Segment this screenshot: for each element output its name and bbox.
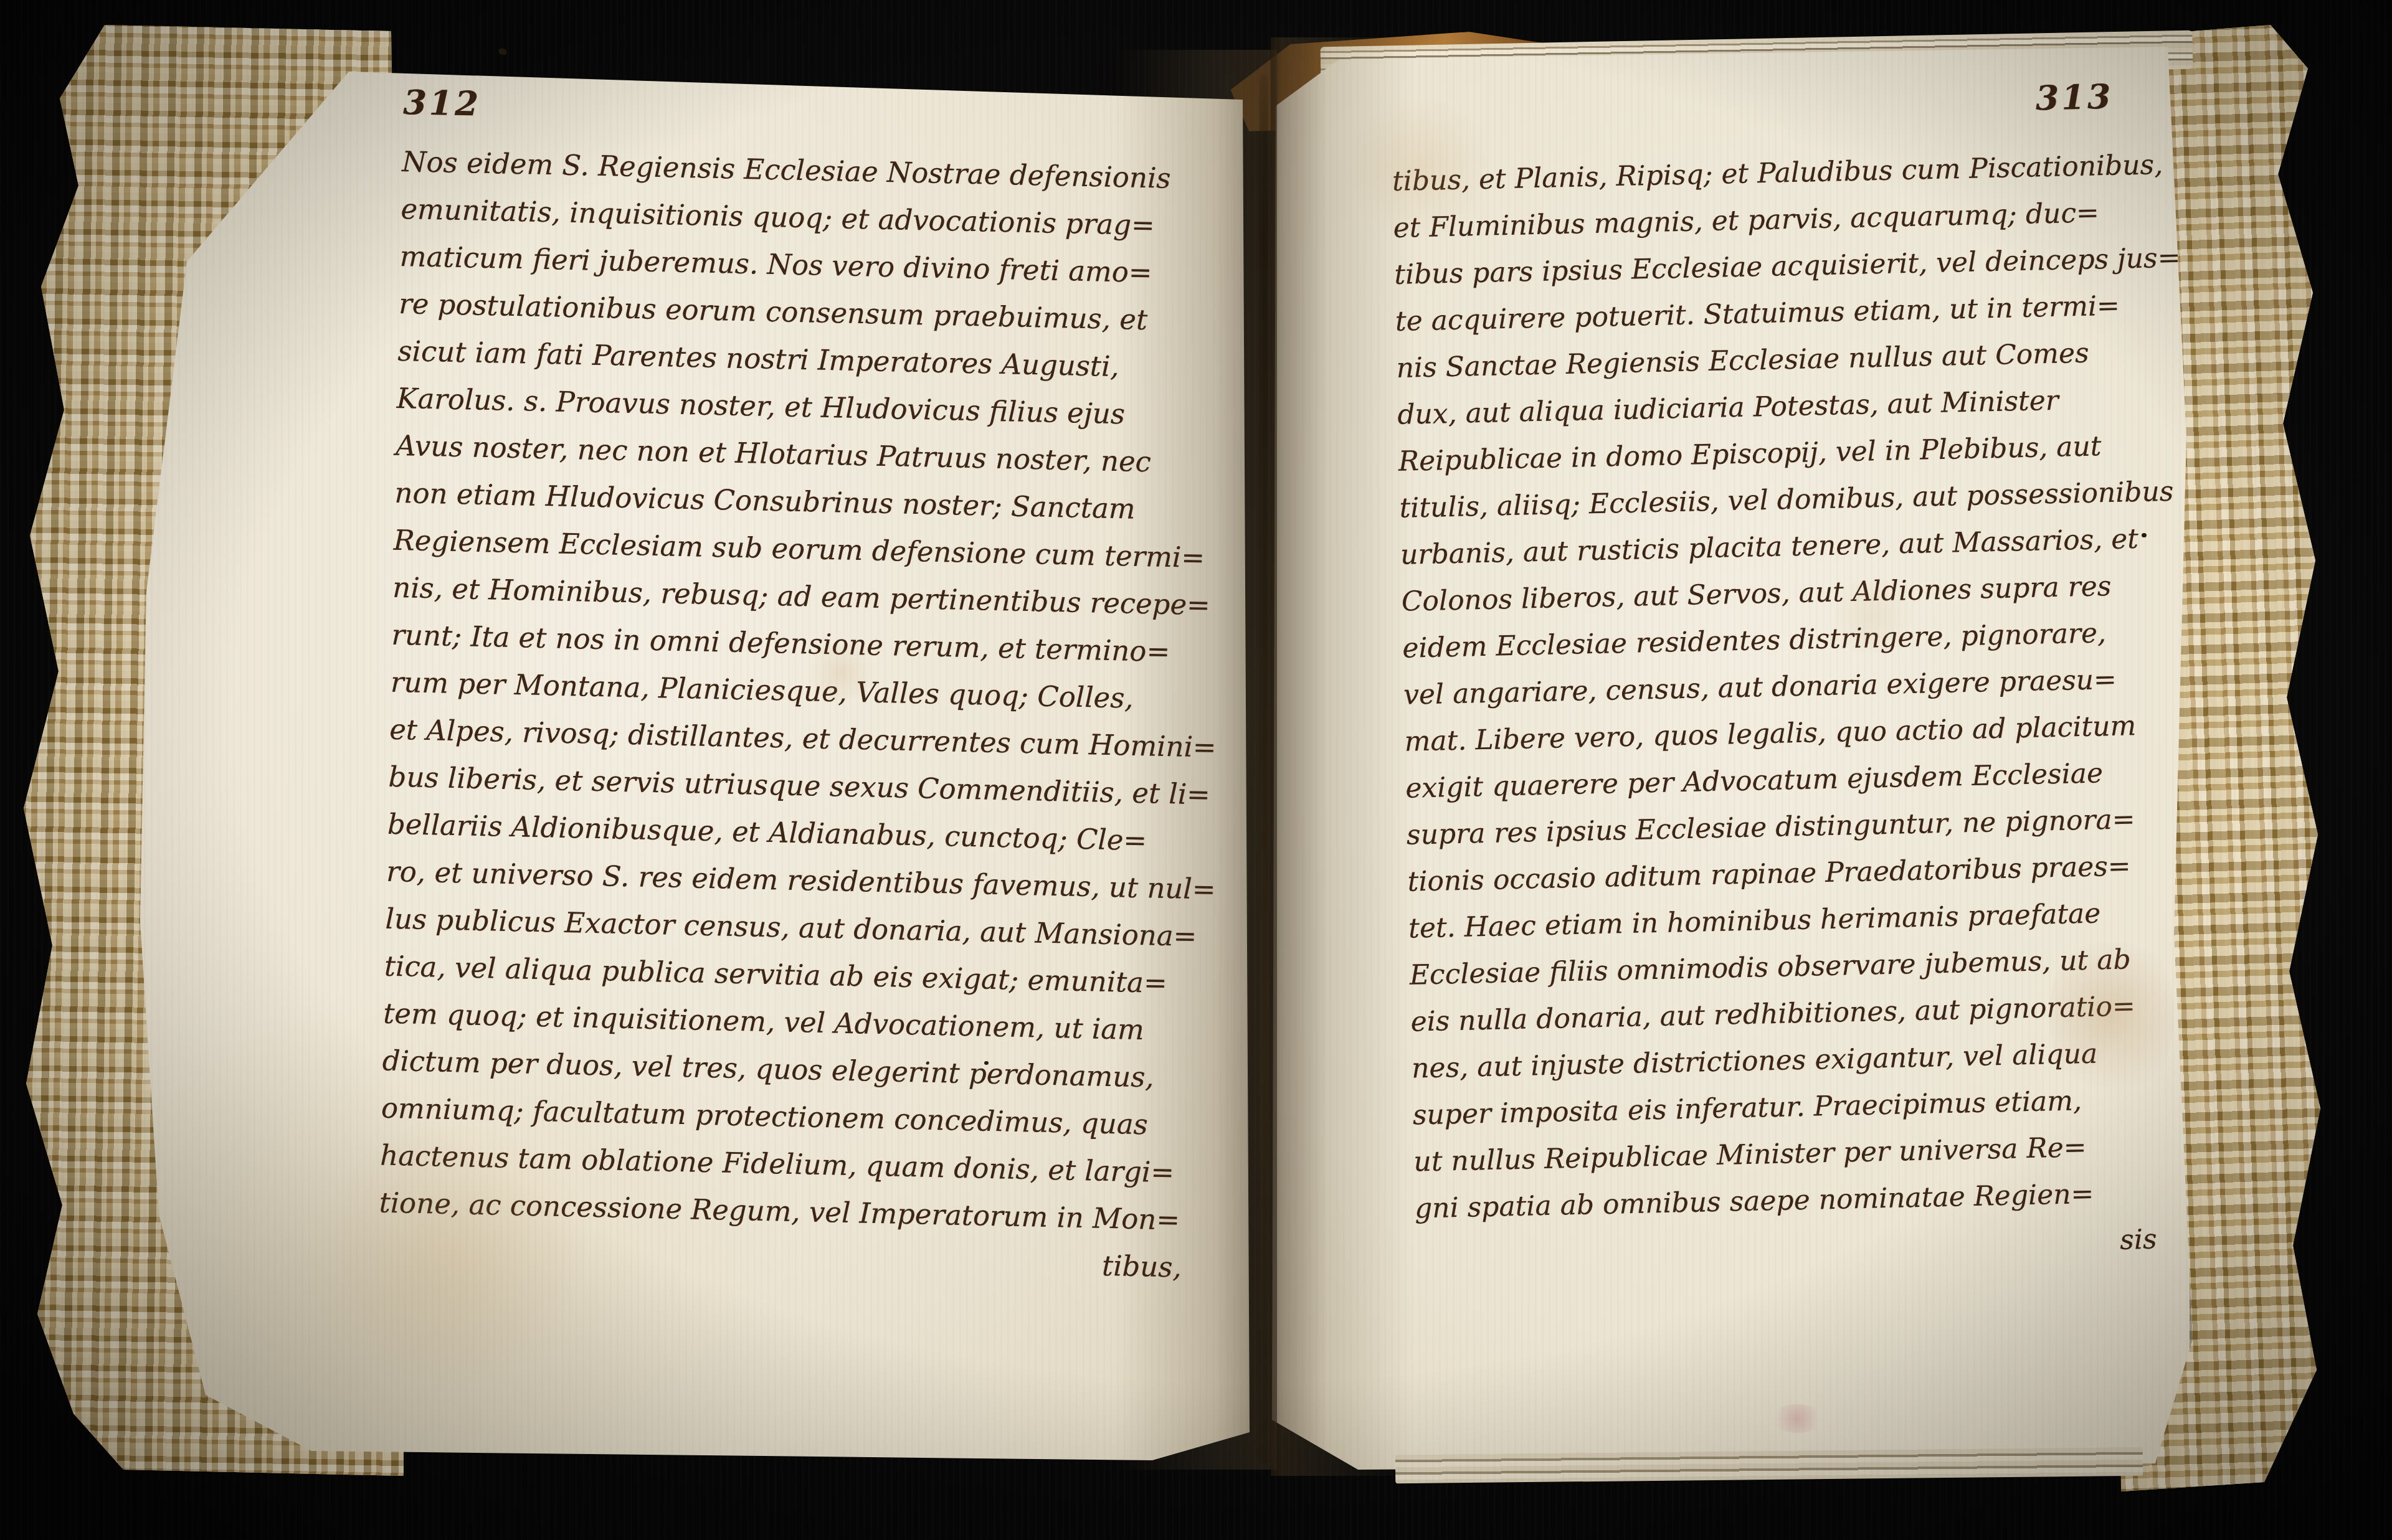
right-page-lines: tibus, et Planis, Ripisq; et Paludibus c… (1392, 142, 2162, 1232)
book-photo: 312 Nos eidem S. Regiensis Ecclesiae Nos… (0, 0, 2392, 1540)
right-page-text: 313 tibus, et Planis, Ripisq; et Paludib… (1390, 76, 2163, 1280)
spine-crease (1260, 75, 1268, 1463)
paper-speck (984, 1061, 989, 1065)
paper-speck (2142, 533, 2147, 537)
gutter-shadow-right (1271, 37, 1414, 1476)
paper-speck (498, 47, 508, 56)
left-page-lines: Nos eidem S. Regiensis Ecclesiae Nostrae… (379, 138, 1212, 1244)
page-number-left: 312 (403, 82, 1213, 139)
left-page-text: 312 Nos eidem S. Regiensis Ecclesiae Nos… (377, 82, 1213, 1292)
